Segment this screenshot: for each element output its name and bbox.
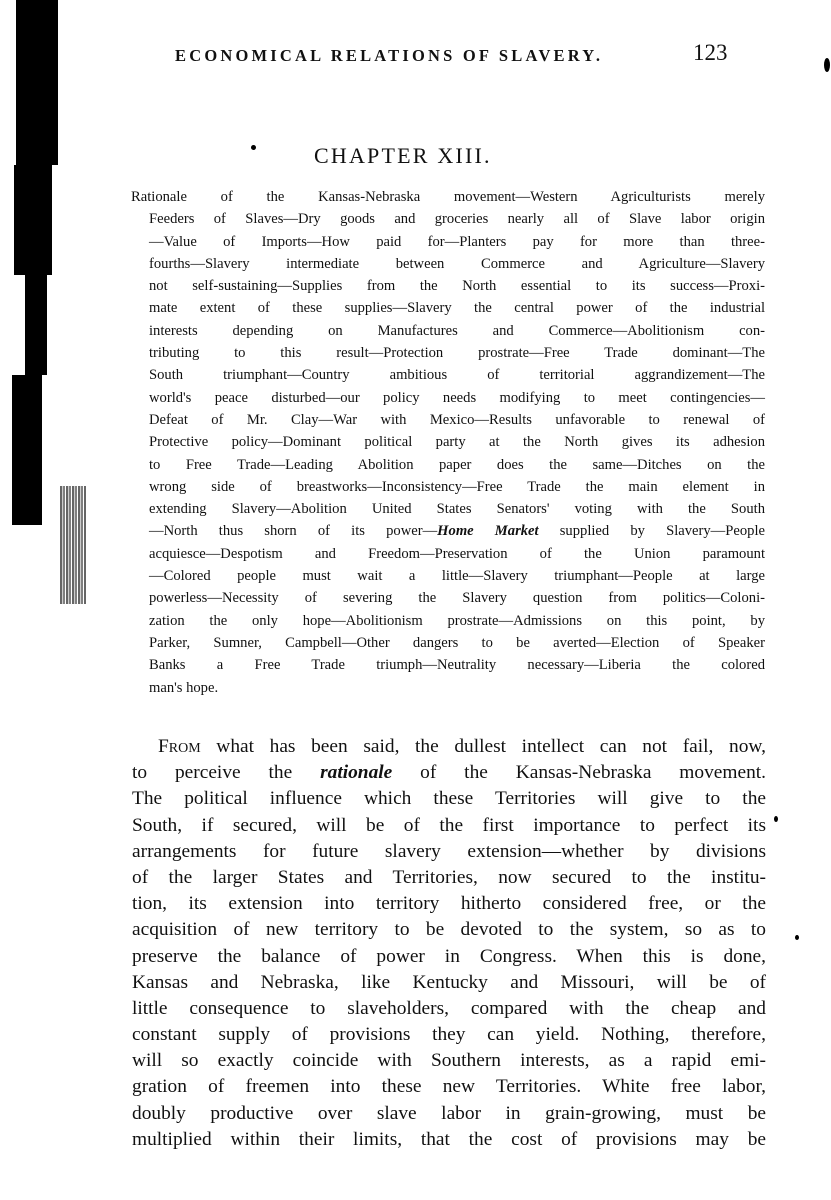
body-line: constant supply of provisions they can y… <box>132 1022 766 1048</box>
synopsis-line: extending Slavery—Abolition United State… <box>149 498 765 520</box>
body-line: doubly productive over slave labor in gr… <box>132 1101 766 1127</box>
chapter-title: CHAPTER XIII. <box>314 143 492 169</box>
body-line: arrangements for future slavery extensio… <box>132 839 766 865</box>
body-text: what has been said, the dullest intellec… <box>201 736 766 757</box>
synopsis-line: South triumphant—Country ambitious of te… <box>149 364 765 386</box>
synopsis-line: man's hope. <box>149 677 765 699</box>
scan-shadow-strip <box>14 165 52 275</box>
synopsis-line: wrong side of breastworks—Inconsistency—… <box>149 476 765 498</box>
synopsis-line: interests depending on Manufactures and … <box>149 320 765 342</box>
body-line: From what has been said, the dullest int… <box>132 734 766 760</box>
scan-shadow-strip <box>12 375 42 525</box>
synopsis-line: —North thus shorn of its power—Home Mark… <box>149 520 765 542</box>
body-line: to perceive the rationale of the Kansas-… <box>132 760 766 786</box>
running-head: ECONOMICAL RELATIONS OF SLAVERY. 123 <box>175 38 775 68</box>
chapter-synopsis: Rationale of the Kansas-Nebraska movemen… <box>131 186 765 699</box>
synopsis-line: tributing to this result—Protection pros… <box>149 342 765 364</box>
synopsis-line: Feeders of Slaves—Dry goods and grocerie… <box>149 208 765 230</box>
synopsis-line: Banks a Free Trade triumph—Neutrality ne… <box>149 654 765 676</box>
body-line: preserve the balance of power in Congres… <box>132 944 766 970</box>
scan-speck <box>774 816 778 822</box>
synopsis-line: world's peace disturbed—our policy needs… <box>149 387 765 409</box>
synopsis-line: Rationale of the Kansas-Nebraska movemen… <box>131 186 765 208</box>
body-line: little consequence to slaveholders, comp… <box>132 996 766 1022</box>
drop-word: From <box>158 736 201 757</box>
body-line: gration of freemen into these new Territ… <box>132 1074 766 1100</box>
body-line: tion, its extension into territory hithe… <box>132 891 766 917</box>
body-line: multiplied within their limits, that the… <box>132 1127 766 1153</box>
synopsis-line: acquiesce—Despotism and Freedom—Preserva… <box>149 543 765 565</box>
synopsis-line: —Value of Imports—How paid for—Planters … <box>149 231 765 253</box>
scan-speck <box>795 935 799 940</box>
synopsis-line: Defeat of Mr. Clay—War with Mexico—Resul… <box>149 409 765 431</box>
body-line: of the larger States and Territories, no… <box>132 865 766 891</box>
synopsis-line: mate extent of these supplies—Slavery th… <box>149 297 765 319</box>
body-line: acquisition of new territory to be devot… <box>132 917 766 943</box>
running-title: ECONOMICAL RELATIONS OF SLAVERY. <box>175 46 603 66</box>
synopsis-line: powerless—Necessity of severing the Slav… <box>149 587 765 609</box>
body-line: will so exactly coincide with Southern i… <box>132 1048 766 1074</box>
synopsis-line: Parker, Sumner, Campbell—Other dangers t… <box>149 632 765 654</box>
synopsis-text: supplied by Slavery—People <box>539 523 765 539</box>
scan-shadow-strip <box>16 0 58 165</box>
body-line: The political influence which these Terr… <box>132 786 766 812</box>
synopsis-line: zation the only hope—Abolitionism prostr… <box>149 610 765 632</box>
body-text: of the Kansas-Nebraska movement. <box>392 762 766 783</box>
synopsis-line: —Colored people must wait a little—Slave… <box>149 565 765 587</box>
scan-shadow-strip <box>25 275 47 375</box>
scanned-page: ECONOMICAL RELATIONS OF SLAVERY. 123 CHA… <box>0 0 831 1200</box>
synopsis-line: fourths—Slavery intermediate between Com… <box>149 253 765 275</box>
synopsis-line: to Free Trade—Leading Abolition paper do… <box>149 454 765 476</box>
body-italic-term: rationale <box>320 762 392 783</box>
body-line: Kansas and Nebraska, like Kentucky and M… <box>132 970 766 996</box>
scan-speck <box>824 58 830 72</box>
synopsis-text: —North thus shorn of its power— <box>149 523 437 539</box>
synopsis-line: Protective policy—Dominant political par… <box>149 431 765 453</box>
body-paragraph: From what has been said, the dullest int… <box>132 734 766 1153</box>
synopsis-italic-term: Home Market <box>437 523 538 539</box>
scan-stipple <box>60 486 86 604</box>
scan-speck <box>251 145 256 150</box>
page-number: 123 <box>693 40 728 66</box>
synopsis-line: not self-sustaining—Supplies from the No… <box>149 275 765 297</box>
body-text: to perceive the <box>132 762 320 783</box>
body-line: South, if secured, will be of the first … <box>132 813 766 839</box>
